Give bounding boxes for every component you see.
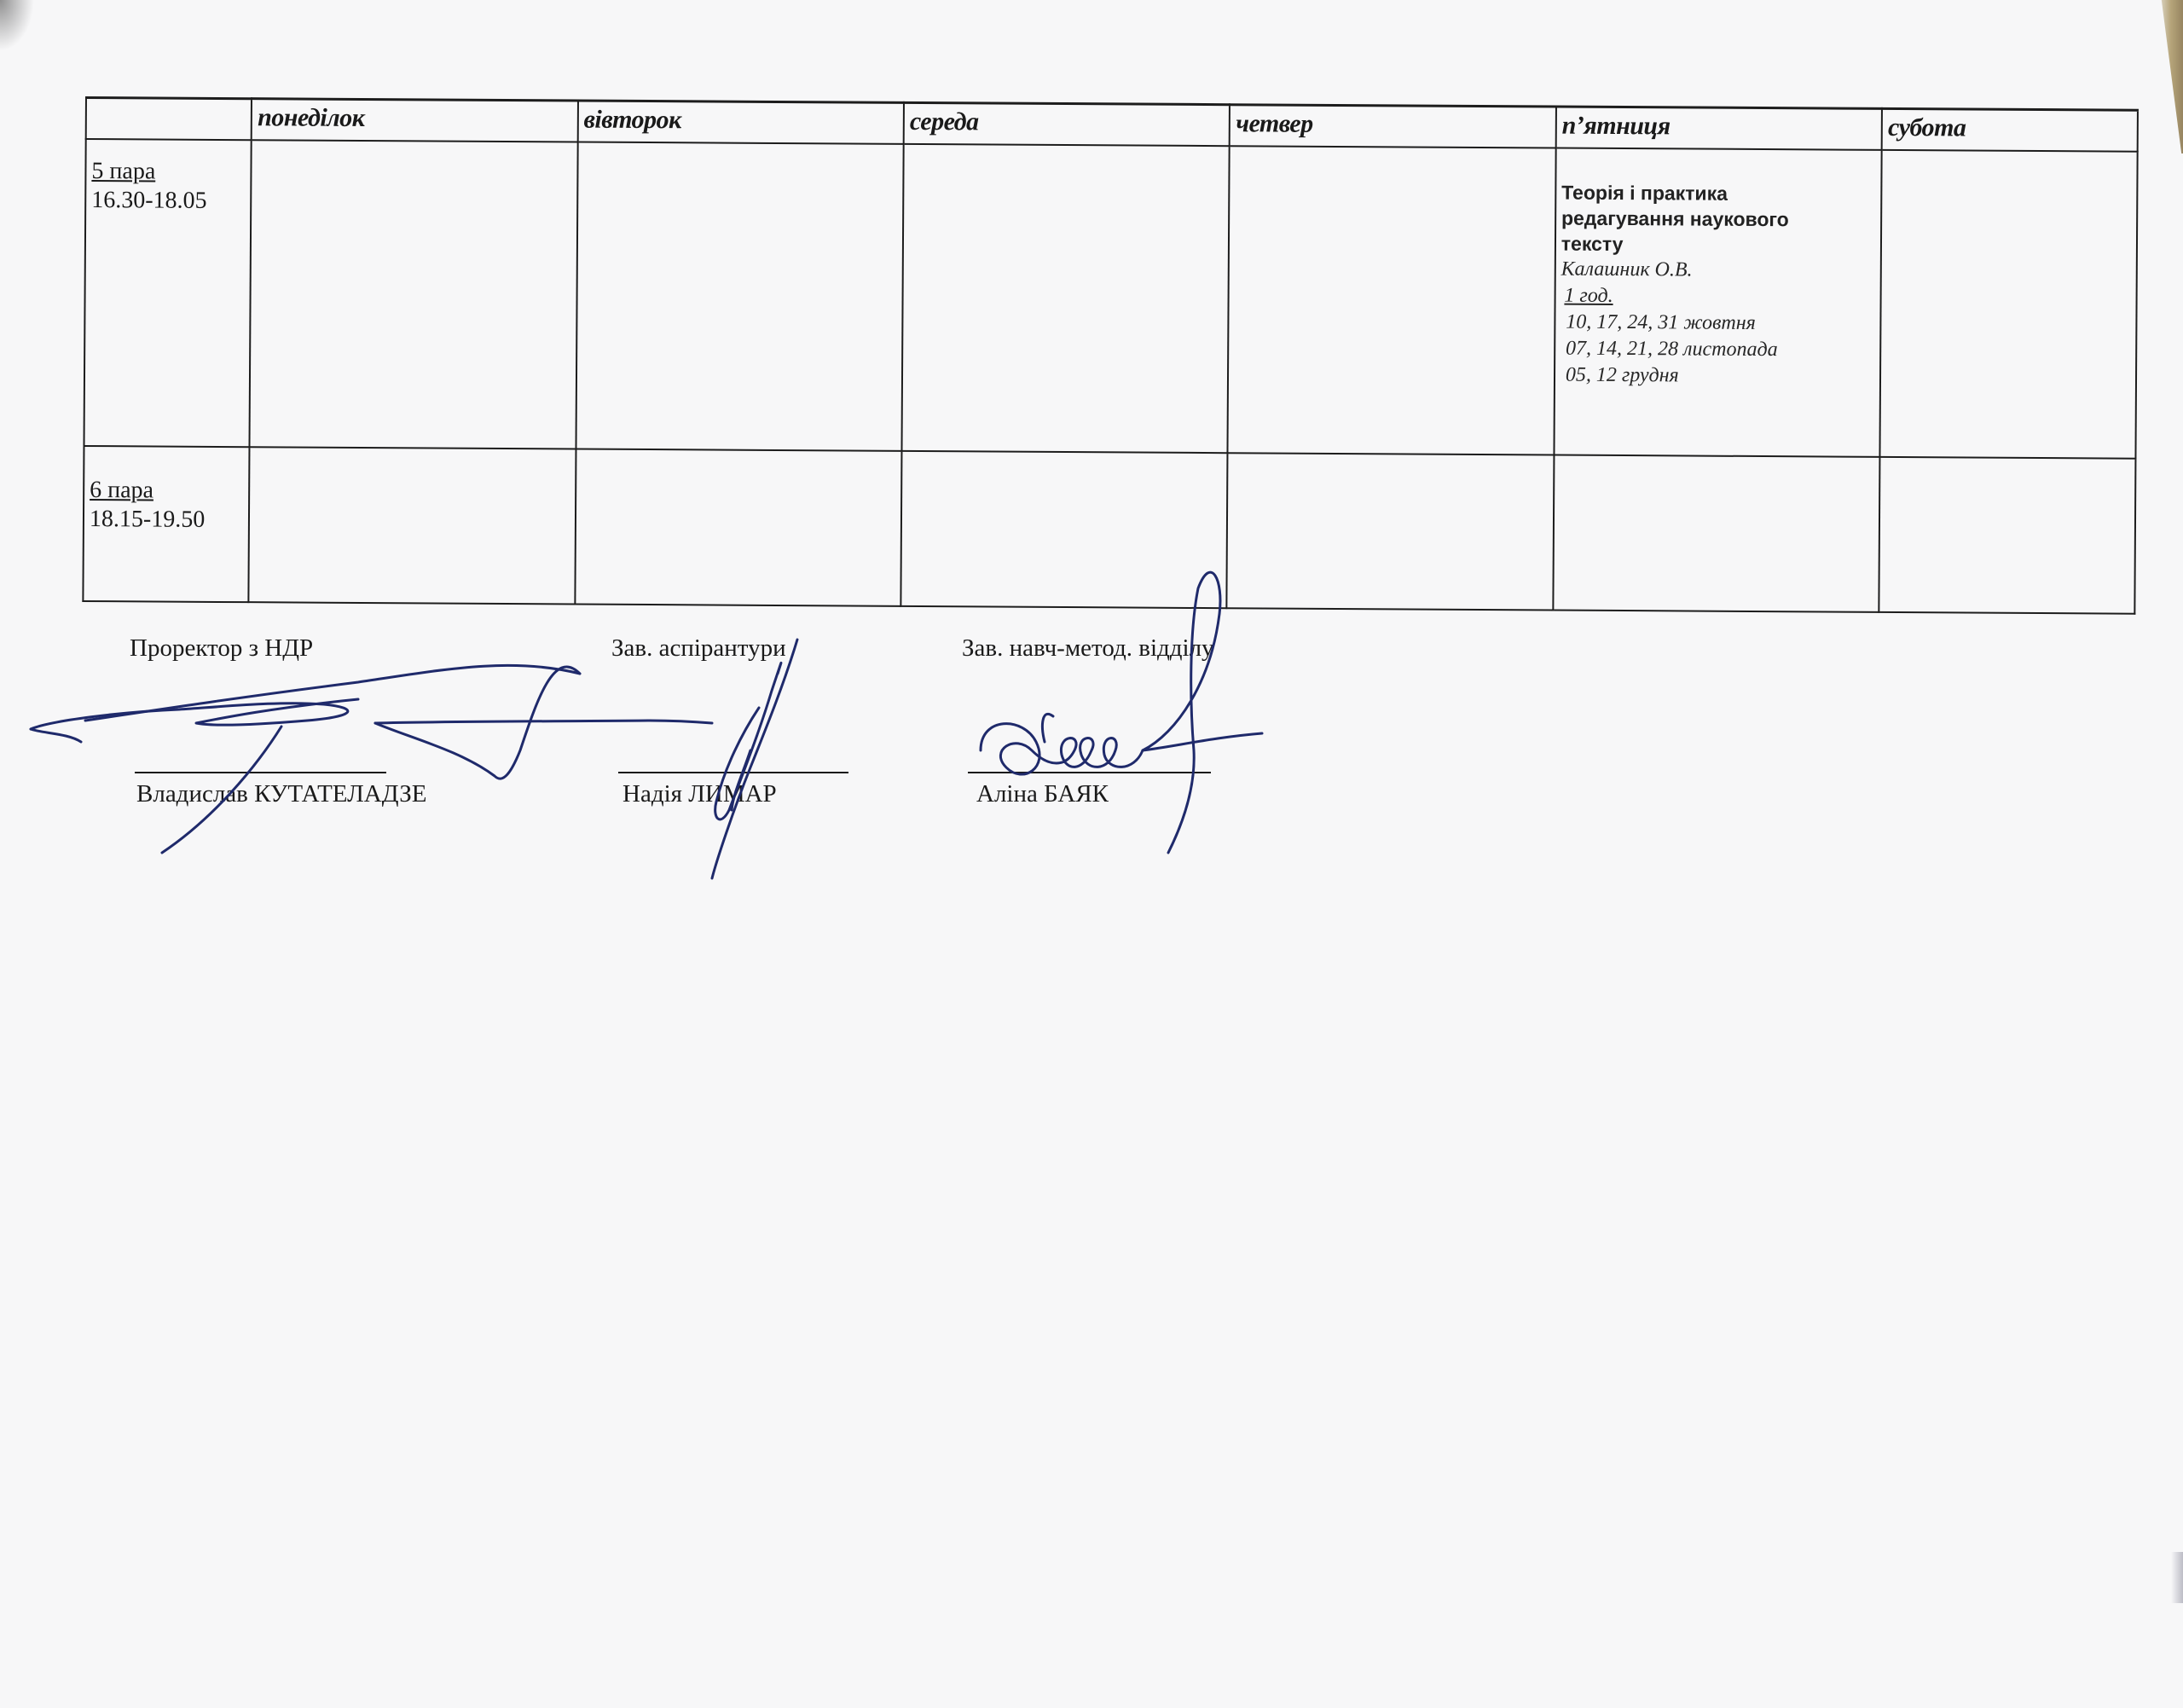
signature-vice-rector [31, 699, 358, 729]
header-wednesday: середа [904, 102, 1230, 146]
signatory-name: Аліна БАЯК [976, 780, 1109, 808]
cell-friday [1553, 455, 1879, 612]
signatory-title: Зав. навч-метод. відділу [962, 634, 1214, 663]
cell-monday [249, 447, 576, 604]
signatory-name: Надія ЛИМАР [622, 780, 777, 808]
header-saturday: субота [1882, 108, 2138, 151]
cell-friday: Теорія і практика редагування наукового … [1554, 148, 1882, 457]
paper-shadow [0, 0, 34, 51]
signature-line [968, 772, 1211, 773]
slot-cell: 5 пара 16.30-18.05 [84, 139, 251, 447]
cell-wednesday [900, 451, 1227, 608]
cell-saturday [1880, 150, 2138, 459]
slot-name: 5 пара [91, 157, 246, 187]
signatory-name: Владислав КУТАТЕЛАДЗЕ [136, 780, 426, 808]
cell-monday [250, 140, 578, 449]
header-monday: понеділок [252, 99, 578, 142]
header-thursday: четвер [1230, 105, 1556, 148]
cell-saturday [1879, 457, 2136, 614]
slot-time: 18.15-19.50 [90, 505, 244, 535]
cell-wednesday [902, 144, 1230, 453]
signature-line [135, 772, 386, 773]
class-dates: 10, 17, 24, 31 жовтня [1561, 310, 1875, 338]
cell-thursday [1227, 453, 1554, 610]
paper-edge [2171, 1552, 2183, 1603]
schedule-table: понеділок вівторок середа четвер п’ятниц… [82, 96, 2139, 615]
table-row: 6 пара 18.15-19.50 [83, 446, 2135, 614]
slot-cell: 6 пара 18.15-19.50 [83, 446, 249, 602]
header-tuesday: вівторок [577, 101, 904, 144]
signature-methodical [981, 724, 1143, 774]
cell-thursday [1228, 146, 1556, 455]
class-dates: 05, 12 грудня [1561, 362, 1875, 391]
slot-time: 16.30-18.05 [91, 186, 246, 216]
table-row: 5 пара 16.30-18.05 Теорія і практика ред… [84, 139, 2137, 459]
signature-postgraduate [712, 640, 797, 878]
class-title: Теорія і практика редагування наукового … [1561, 180, 1835, 258]
header-friday: п’ятниця [1556, 107, 1883, 150]
cell-tuesday [576, 142, 904, 451]
signature-line [618, 772, 848, 773]
signatory-title: Проректор з НДР [130, 634, 313, 663]
class-hours: 1 год. [1561, 283, 1875, 311]
slot-name: 6 пара [90, 476, 244, 506]
signatory-title: Зав. аспірантури [611, 634, 786, 663]
paper-edge [2152, 0, 2183, 153]
header-corner [86, 98, 252, 141]
class-teacher: Калашник О.В. [1561, 257, 1876, 285]
class-dates: 07, 14, 21, 28 листопада [1561, 336, 1875, 364]
cell-tuesday [575, 449, 901, 606]
